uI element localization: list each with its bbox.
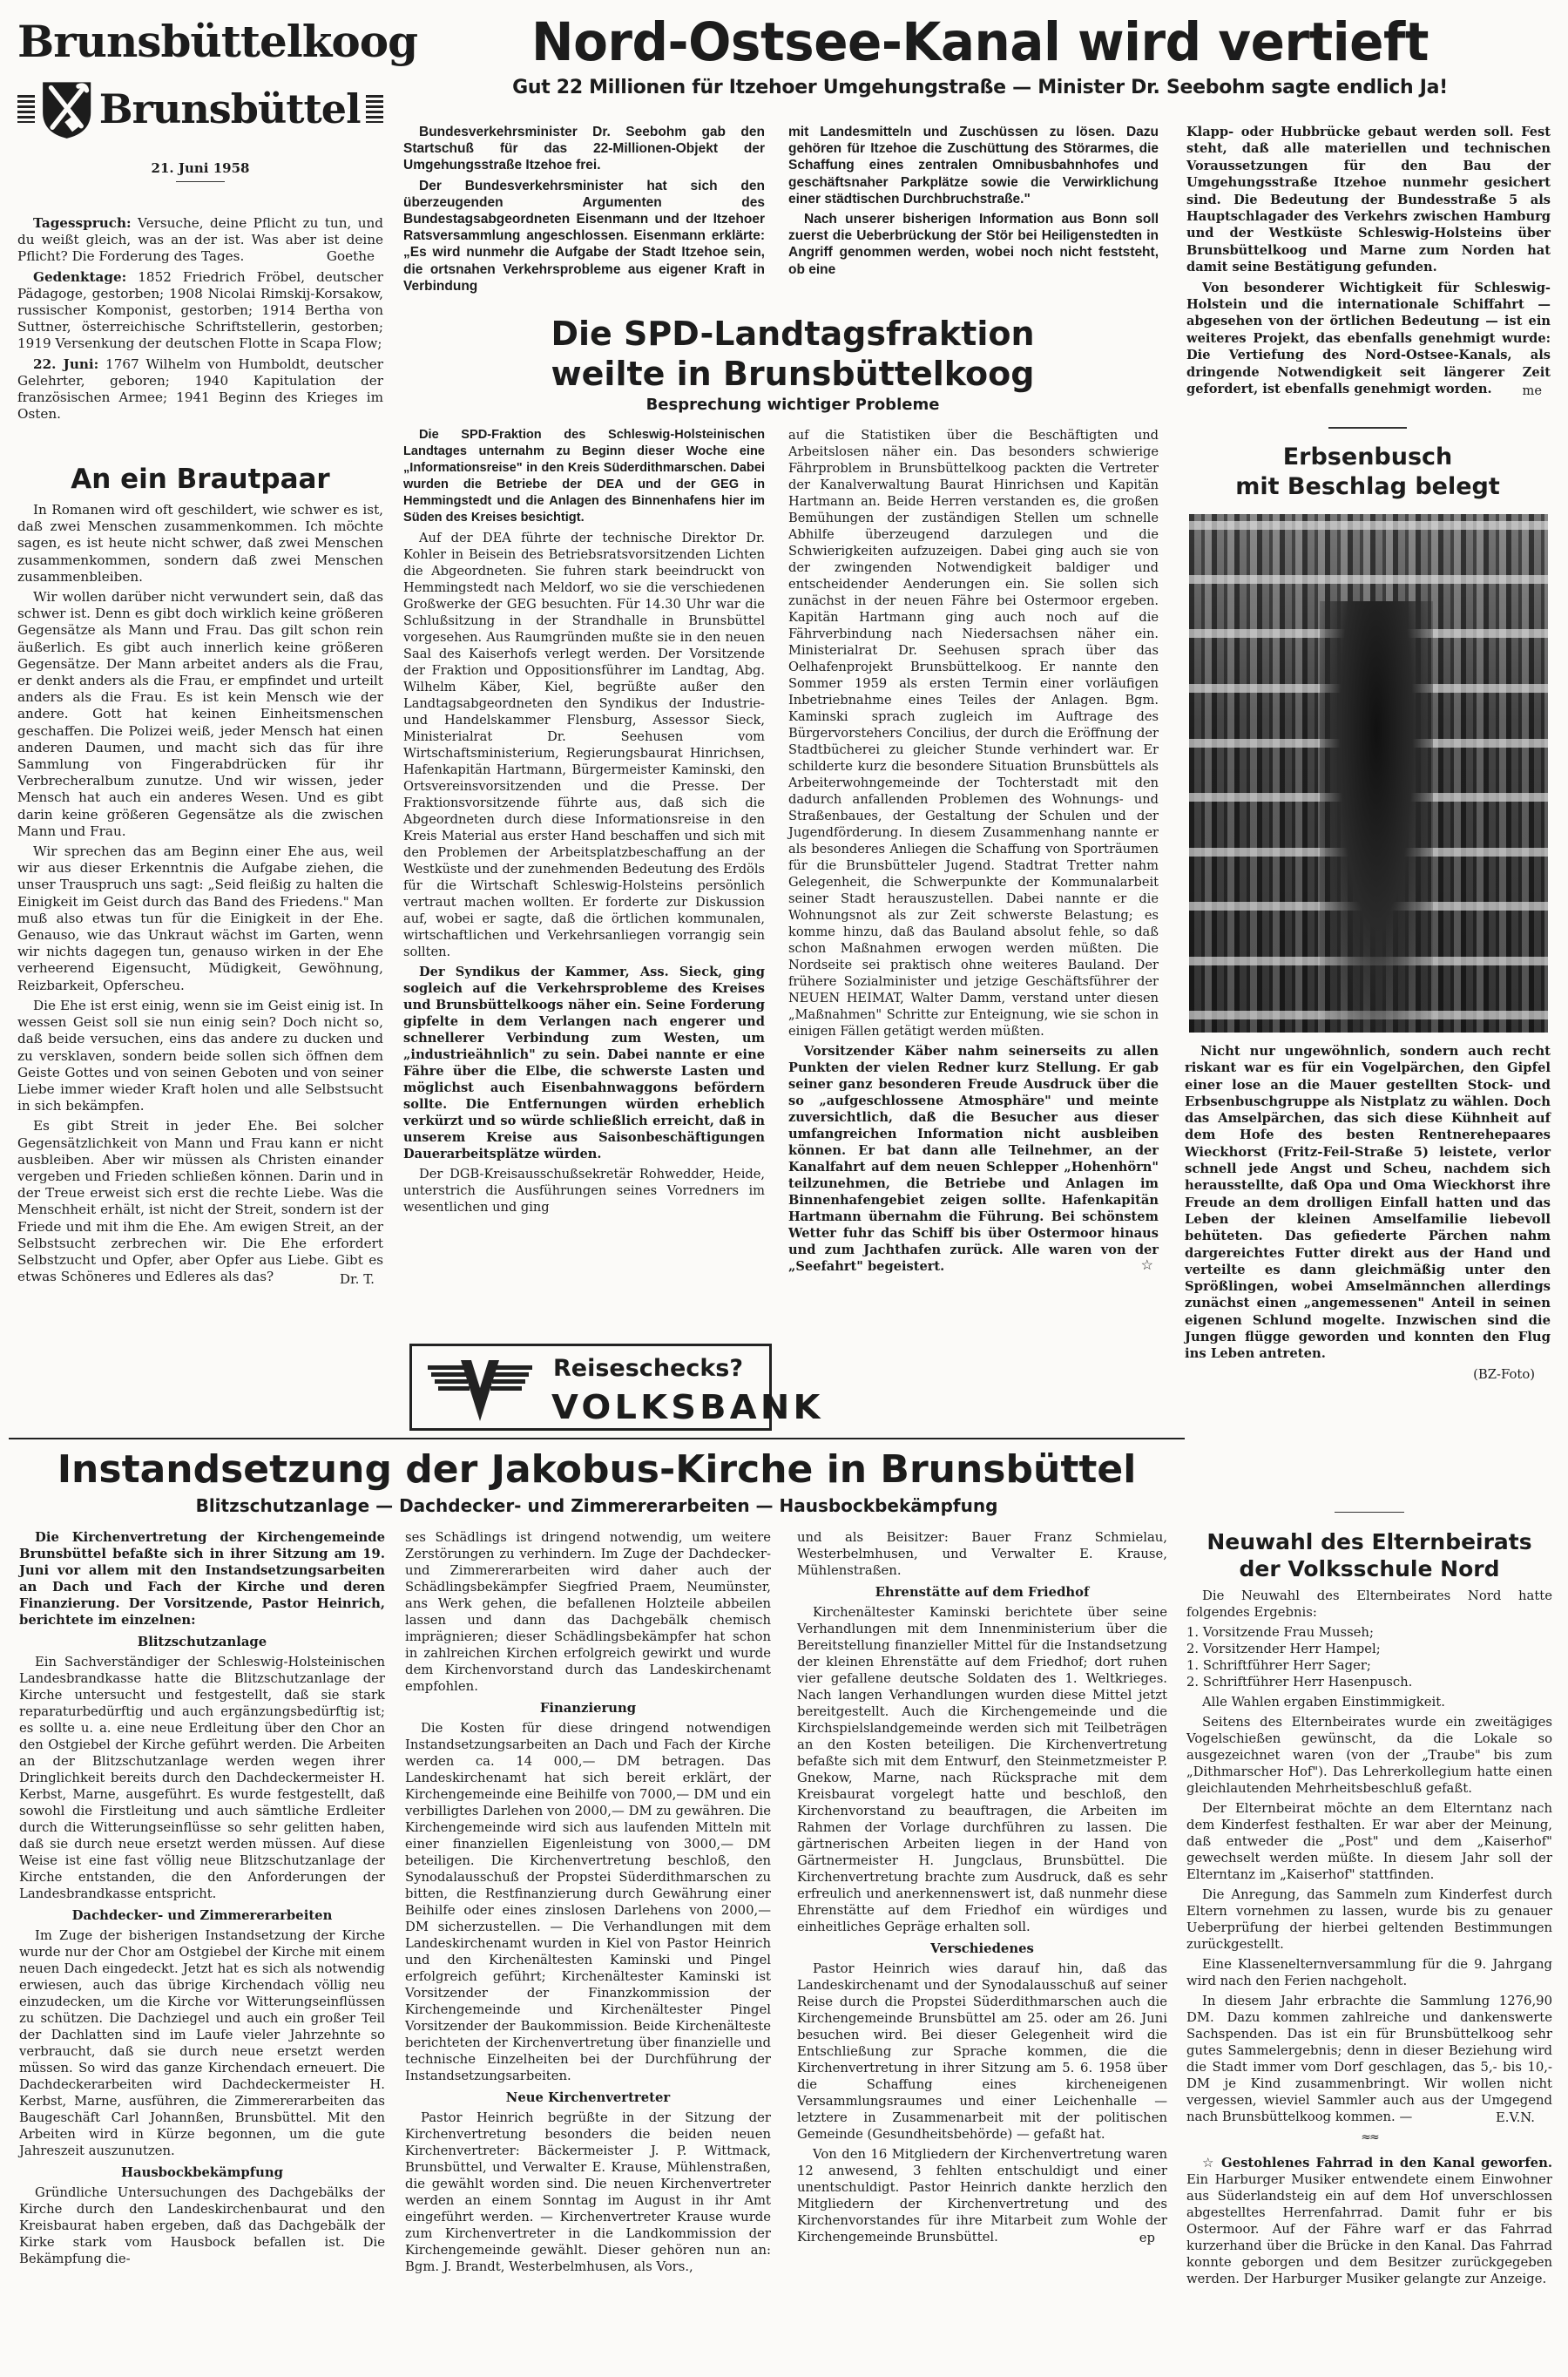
juni22-label: 22. Juni: [33, 356, 98, 372]
volksbank-ad[interactable]: Reiseschecks? VOLKSBANK [409, 1344, 772, 1431]
paragraph: In diesem Jahr erbrachte die Sammlung 12… [1186, 1993, 1552, 2125]
section-heading: Neue Kirchenvertreter [405, 2089, 771, 2106]
ad-line2: VOLKSBANK [551, 1388, 824, 1426]
paragraph: Kirchenältester Kaminski berichtete über… [797, 1604, 1167, 1935]
headline: Instandsetzung der Jakobus-Kirche in Bru… [9, 1446, 1185, 1493]
brief-fahrrad: ☆ Gestohlenes Fahrrad in den Kanal gewor… [1186, 2155, 1552, 2287]
result-item: 1. Schriftführer Herr Sager; [1186, 1657, 1552, 1674]
anchor-crest-icon [40, 70, 93, 148]
paragraph: Pastor Heinrich wies darauf hin, daß das… [797, 1961, 1167, 2143]
issue-date: 21. Juni 1958 [17, 160, 383, 176]
caption-text: Nicht nur ungewöhnlich, sondern auch rec… [1185, 1043, 1551, 1363]
article-spd-header: Die SPD-Landtagsfraktion weilte in Bruns… [401, 314, 1185, 416]
divider [1328, 427, 1407, 429]
headline-line2: mit Beschlag belegt [1185, 472, 1551, 502]
kirche-col1: Die Kirchenvertretung der Kirchengemeind… [19, 1529, 385, 2271]
paragraph: Die Neuwahl des Elternbeirates Nord hatt… [1186, 1588, 1552, 1621]
paragraph: auf die Statistiken über die Beschäftigt… [788, 427, 1159, 1040]
paragraph: Der DGB-Kreisausschußsekretär Rohwedder,… [403, 1166, 765, 1216]
election-results: 1. Vorsitzende Frau Musseh; 2. Vorsitzen… [1186, 1624, 1552, 1690]
banner-left [17, 95, 35, 123]
paragraph: mit Landesmitteln und Zuschüssen zu löse… [788, 124, 1159, 207]
news-photo [1189, 514, 1548, 1033]
gedenktage-label: Gedenktage: [33, 269, 126, 285]
brief-text: Ein Harburger Musiker entwendete einem E… [1186, 2172, 1552, 2286]
divider [1335, 1512, 1404, 1513]
kanal-col2: mit Landesmitteln und Zuschüssen zu löse… [788, 124, 1159, 281]
section-heading: Hausbockbekämpfung [19, 2164, 385, 2181]
headline-line2: weilte in Brunsbüttelkoog [401, 354, 1185, 394]
section-heading: Finanzierung [405, 1700, 771, 1717]
almanac: Tagesspruch: Versuche, deine Pflicht zu … [17, 215, 383, 426]
paragraph: Gründliche Untersuchungen des Dachgebälk… [19, 2184, 385, 2267]
lead-paragraph: Die Kirchenvertretung der Kirchengemeind… [19, 1529, 385, 1629]
photo-credit: (BZ-Foto) [1185, 1366, 1535, 1383]
paragraph: Im Zuge der bisherigen Instandsetzung de… [19, 1927, 385, 2159]
paragraph: Klapp- oder Hubbrücke gebaut werden soll… [1186, 124, 1551, 276]
paragraph: Alle Wahlen ergaben Einstimmigkeit. [1186, 1694, 1552, 1710]
paragraph: Bundesverkehrsminister Dr. Seebohm gab d… [403, 124, 765, 174]
photo-caption: Nicht nur ungewöhnlich, sondern auch rec… [1185, 1043, 1551, 1383]
result-item: 2. Schriftführer Herr Hasenpusch. [1186, 1674, 1552, 1690]
masthead-line2: Brunsbüttel [99, 86, 361, 132]
spd-col1: Die SPD-Fraktion des Schleswig-Holsteini… [403, 427, 765, 1219]
wavy-divider: ≈≈ [1186, 2130, 1552, 2146]
result-item: 2. Vorsitzender Herr Hampel; [1186, 1641, 1552, 1657]
headline-line1: Erbsenbusch [1185, 443, 1551, 472]
volksbank-v-wings-logo [428, 1353, 532, 1423]
paragraph: Eine Klassenelternversammlung für die 9.… [1186, 1956, 1552, 1989]
lead-paragraph: Die SPD-Fraktion des Schleswig-Holsteini… [403, 427, 765, 526]
headline: Nord-Ostsee-Kanal wird vertieft [401, 7, 1559, 77]
headline-line1: Neuwahl des Elternbeirats [1186, 1528, 1552, 1555]
kirche-col3: und als Beisitzer: Bauer Franz Schmielau… [797, 1529, 1167, 2246]
paragraph: Wir sprechen das am Beginn einer Ehe aus… [17, 843, 383, 994]
star-icon: ☆ [1141, 1256, 1153, 1273]
paragraph: Pastor Heinrich begrüßte in der Sitzung … [405, 2110, 771, 2275]
paragraph: und als Beisitzer: Bauer Franz Schmielau… [797, 1529, 1167, 1579]
paragraph: ses Schädlings ist dringend notwendig, u… [405, 1529, 771, 1695]
subheadline: Gut 22 Millionen für Itzehoer Umgehungst… [401, 75, 1559, 101]
article-kirche-header: Instandsetzung der Jakobus-Kirche in Bru… [9, 1438, 1185, 1518]
section-rule [9, 1438, 1185, 1439]
paragraph: Der Elternbeirat möchte an dem Elterntan… [1186, 1800, 1552, 1883]
subheadline: Besprechung wichtiger Probleme [401, 394, 1185, 416]
paragraph: In Romanen wird oft geschildert, wie sch… [17, 502, 383, 586]
paragraph: Die Anregung, das Sammeln zum Kinderfest… [1186, 1886, 1552, 1953]
tagesspruch-label: Tagesspruch: [33, 215, 132, 231]
article-erbsenbusch: Erbsenbusch mit Beschlag belegt Nicht nu… [1185, 427, 1551, 1383]
headline-line1: Die SPD-Landtagsfraktion [401, 314, 1185, 354]
paragraph: Die Ehe ist erst einig, wenn sie im Geis… [17, 998, 383, 1114]
article-title: An ein Brautpaar [17, 462, 383, 497]
paragraph: Nach unserer bisherigen Information aus … [788, 211, 1159, 278]
paragraph: Ein Sachverständiger der Schleswig-Holst… [19, 1654, 385, 1902]
ad-line1: Reiseschecks? [553, 1355, 743, 1382]
paragraph: Der Bundesverkehrsminister hat sich den … [403, 178, 765, 295]
kirche-col2: ses Schädlings ist dringend notwendig, u… [405, 1529, 771, 2279]
result-item: 1. Vorsitzende Frau Musseh; [1186, 1624, 1552, 1641]
brief-title: Gestohlenes Fahrrad in den Kanal geworfe… [1221, 2156, 1552, 2170]
paragraph: Die Kosten für diese dringend notwendige… [405, 1720, 771, 2084]
headline-line2: der Volksschule Nord [1186, 1555, 1552, 1582]
paragraph: Wir wollen darüber nicht verwundert sein… [17, 589, 383, 840]
star-icon: ☆ [1202, 2156, 1215, 2170]
paragraph: Von besonderer Wichtigkeit für Schleswig… [1186, 280, 1551, 398]
article-brautpaar: An ein Brautpaar In Romanen wird oft ges… [17, 462, 383, 1289]
tagesspruch-author: Goethe [311, 248, 375, 265]
paragraph: Seitens des Elternbeirates wurde ein zwe… [1186, 1714, 1552, 1797]
kanal-col1: Bundesverkehrsminister Dr. Seebohm gab d… [403, 124, 765, 298]
article-kanal: Nord-Ostsee-Kanal wird vertieft Gut 22 M… [401, 9, 1559, 101]
section-heading: Verschiedenes [797, 1940, 1167, 1957]
subheadline: Blitzschutzanlage — Dachdecker- und Zimm… [9, 1493, 1185, 1518]
article-elternbeirat: Neuwahl des Elternbeirats der Volksschul… [1186, 1512, 1552, 2291]
paragraph: Auf der DEA führte der technische Direkt… [403, 530, 765, 960]
section-heading: Blitzschutzanlage [19, 1634, 385, 1650]
spd-col2: auf die Statistiken über die Beschäftigt… [788, 427, 1159, 1278]
paragraph: Vorsitzender Käber nahm seinerseits zu a… [788, 1043, 1159, 1275]
masthead: Brunsbüttelkoog Brunsbüttel 21. Juni 195… [17, 17, 383, 200]
kanal-col3: Klapp- oder Hubbrücke gebaut werden soll… [1186, 124, 1551, 399]
masthead-line1: Brunsbüttelkoog [17, 17, 383, 66]
article-body: In Romanen wird oft geschildert, wie sch… [17, 502, 383, 1289]
paragraph: Der Syndikus der Kammer, Ass. Sieck, gin… [403, 964, 765, 1162]
paragraph: Es gibt Streit in jeder Ehe. Bei solcher… [17, 1118, 383, 1285]
banner-right [366, 95, 383, 123]
section-heading: Ehrenstätte auf dem Friedhof [797, 1584, 1167, 1601]
section-heading: Dachdecker- und Zimmererarbeiten [19, 1907, 385, 1924]
